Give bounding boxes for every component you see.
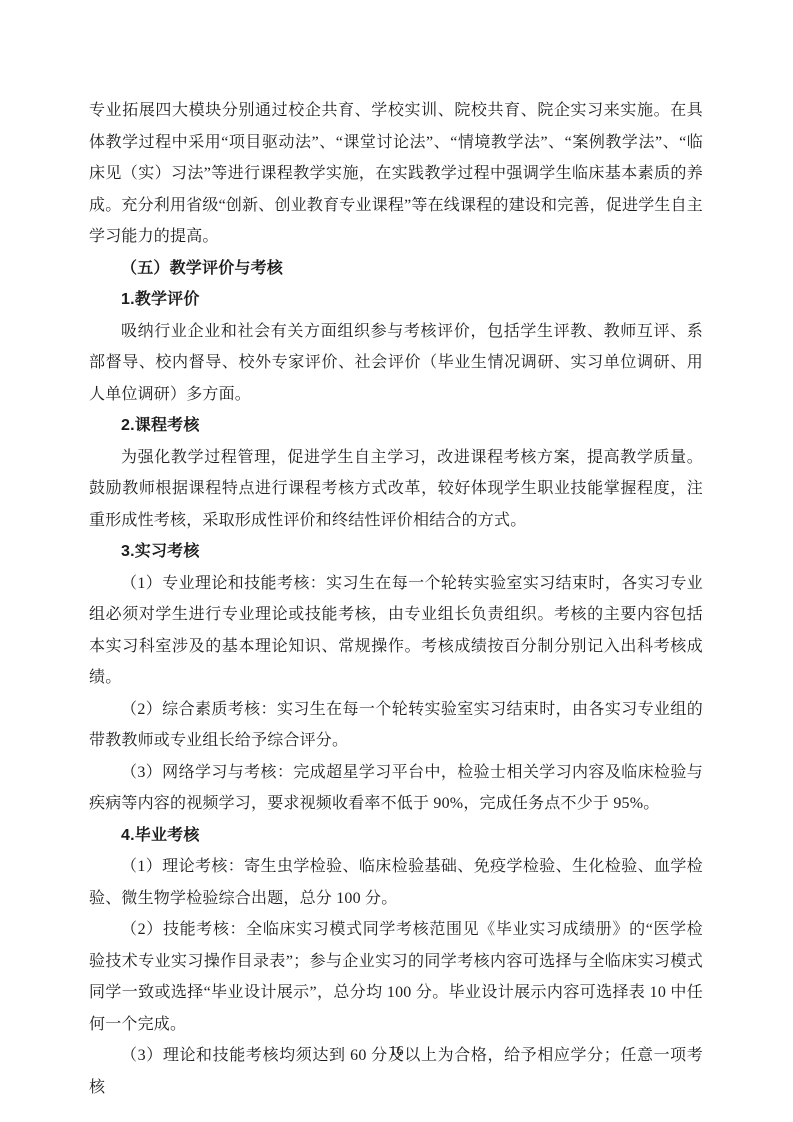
paragraph-graduation-theory: （1）理论考核：寄生虫学检验、临床检验基础、免疫学检验、生化检验、血学检验、微生…: [89, 851, 703, 914]
document-page: 专业拓展四大模块分别通过校企共育、学校实训、院校共育、院企实习来实施。在具体教学…: [0, 0, 793, 1122]
paragraph-teaching-evaluation: 吸纳行业企业和社会有关方面组织参与考核评价，包括学生评教、教师互评、系部督导、校…: [89, 316, 703, 411]
page-number: 16: [0, 1044, 793, 1060]
paragraph-course-assessment: 为强化教学过程管理，促进学生自主学习，改进课程考核方案，提高教学质量。鼓励教师根…: [89, 442, 703, 537]
heading-2-course-assessment: 2.课程考核: [89, 410, 703, 442]
heading-3-internship-assessment: 3.实习考核: [89, 536, 703, 568]
document-body: 专业拓展四大模块分别通过校企共育、学校实训、院校共育、院企实习来实施。在具体教学…: [89, 95, 703, 1103]
paragraph-internship-comprehensive-quality: （2）综合素质考核：实习生在每一个轮转实验室实习结束时，由各实习专业组的带教教师…: [89, 694, 703, 757]
heading-1-teaching-evaluation: 1.教学评价: [89, 284, 703, 316]
paragraph-internship-online-learning: （3）网络学习与考核：完成超星学习平台中，检验士相关学习内容及临床检验与疾病等内…: [89, 757, 703, 820]
paragraph-graduation-skills: （2）技能考核：全临床实习模式同学考核范围见《毕业实习成绩册》的“医学检验技术专…: [89, 914, 703, 1040]
heading-4-graduation-assessment: 4.毕业考核: [89, 820, 703, 852]
heading-section-5-evaluation-assessment: （五）教学评价与考核: [89, 253, 703, 285]
paragraph-teaching-implementation: 专业拓展四大模块分别通过校企共育、学校实训、院校共育、院企实习来实施。在具体教学…: [89, 95, 703, 253]
paragraph-internship-theory-skills: （1）专业理论和技能考核：实习生在每一个轮转实验室实习结束时，各实习专业组必须对…: [89, 568, 703, 694]
